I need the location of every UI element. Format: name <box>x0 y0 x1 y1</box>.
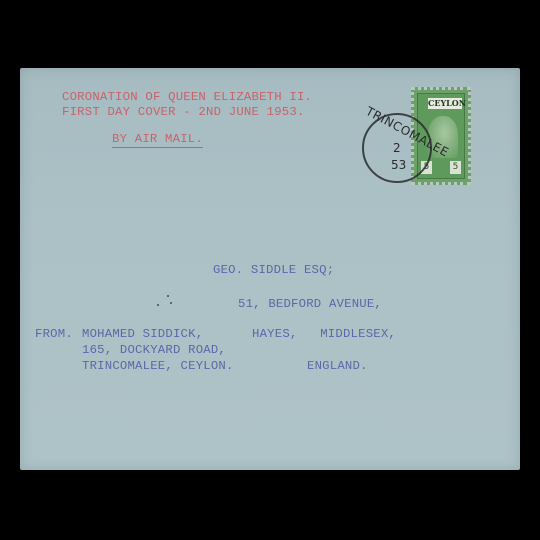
stamp-country: CEYLON <box>428 98 462 109</box>
sender-name: MOHAMED SIDDICK, <box>82 327 203 342</box>
recipient-street: 51, BEDFORD AVENUE, <box>238 297 382 312</box>
recipient-town: HAYES, MIDDLESEX, <box>252 327 396 342</box>
postmark-day: 2 <box>393 141 401 155</box>
air-mail-label: BY AIR MAIL. <box>112 132 203 148</box>
sender-label: FROM. <box>35 327 73 342</box>
stamp-value-right: 5 <box>450 161 461 174</box>
sender-town: TRINCOMALEE, CEYLON. <box>82 359 234 374</box>
postmark-year: 53 <box>391 158 406 172</box>
ink-speck <box>170 302 172 304</box>
cover-header-line1: CORONATION OF QUEEN ELIZABETH II. <box>62 90 312 105</box>
cover-header-line2: FIRST DAY COVER - 2ND JUNE 1953. <box>62 105 305 120</box>
sender-street: 165, DOCKYARD ROAD, <box>82 343 226 358</box>
recipient-country: ENGLAND. <box>307 359 368 374</box>
ink-speck <box>157 304 159 306</box>
recipient-name: GEO. SIDDLE ESQ; <box>213 263 334 278</box>
ink-speck <box>167 295 169 297</box>
